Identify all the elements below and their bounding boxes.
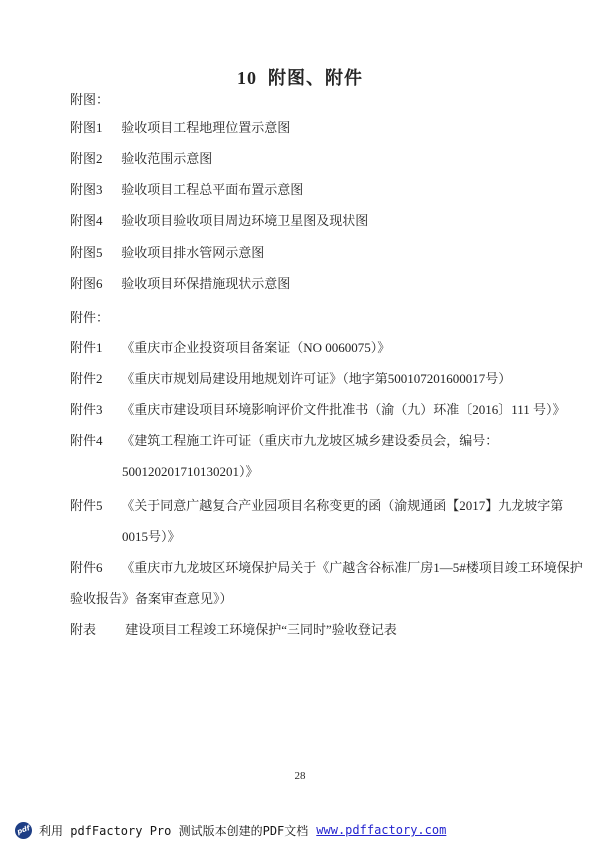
watermark-text: 利用 pdfFactory Pro 测试版本创建的PDF文档 (39, 822, 308, 839)
attachment-title-continuation: 500120201710130201）》 (122, 464, 259, 479)
figure-item: 附图1 验收项目工程地理位置示意图 (70, 120, 290, 136)
attachment-label: 附件3 (70, 402, 118, 418)
figure-label: 附图4 (70, 213, 118, 229)
attachment-title-continuation: 验收报告》备案审查意见》） (70, 591, 233, 606)
pdf-watermark-footer: pdf 利用 pdfFactory Pro 测试版本创建的PDF文档 www.p… (15, 820, 446, 840)
figure-label: 附图1 (70, 120, 118, 136)
figure-title: 验收项目工程总平面布置示意图 (121, 182, 303, 197)
section-title: 10 附图、附件 (0, 64, 600, 90)
attachment-item: 附件6 《重庆市九龙坡区环境保护局关于《广越含谷标准厂房1—5#楼项目竣工环境保… (70, 560, 583, 576)
figure-title: 验收项目环保措施现状示意图 (121, 276, 290, 291)
page-number: 28 (0, 770, 600, 782)
attachment-item: 附件5 《关于同意广越复合产业园项目名称变更的函（渝规通函【2017】九龙坡字第 (70, 498, 563, 514)
attachment-title: 《建筑工程施工许可证（重庆市九龙坡区城乡建设委员会，编号： (121, 433, 498, 448)
attachment-item-continuation: 验收报告》备案审查意见》） (70, 591, 233, 607)
attachment-item-continuation: 0015号）》 (122, 529, 181, 545)
attachment-title: 《重庆市规划局建设用地规划许可证》（地字第500107201600017号） (121, 371, 511, 386)
appendix-table-title: 建设项目工程竣工环境保护“三同时”验收登记表 (125, 622, 397, 637)
attachment-item: 附件4 《建筑工程施工许可证（重庆市九龙坡区城乡建设委员会，编号： (70, 433, 498, 449)
attachment-title: 《重庆市企业投资项目备案证（NO 0060075）》 (121, 340, 390, 355)
figure-title: 验收项目排水管网示意图 (121, 245, 264, 260)
figure-item: 附图5 验收项目排水管网示意图 (70, 245, 264, 261)
figure-title: 验收项目验收项目周边环境卫星图及现状图 (121, 213, 368, 228)
appendix-table-label: 附表 (70, 622, 118, 638)
pdffactory-link[interactable]: www.pdffactory.com (316, 823, 446, 837)
figure-label: 附图2 (70, 151, 118, 167)
figure-title: 验收项目工程地理位置示意图 (121, 120, 290, 135)
figure-title: 验收范围示意图 (121, 151, 212, 166)
figure-label: 附图3 (70, 182, 118, 198)
attachments-heading: 附件： (70, 310, 118, 326)
attachment-title: 《重庆市建设项目环境影响评价文件批准书（渝（九）环准〔2016〕111 号）》 (121, 402, 565, 417)
attachment-label: 附件5 (70, 498, 118, 514)
pdffactory-logo-icon: pdf (15, 822, 32, 839)
attachment-item-continuation: 500120201710130201）》 (122, 464, 259, 480)
attachment-title: 《重庆市九龙坡区环境保护局关于《广越含谷标准厂房1—5#楼项目竣工环境保护 (121, 560, 583, 575)
figure-item: 附图2 验收范围示意图 (70, 151, 212, 167)
attachment-label: 附件6 (70, 560, 118, 576)
figures-heading-label: 附图： (70, 92, 118, 108)
attachment-title-continuation: 0015号）》 (122, 529, 181, 544)
attachment-label: 附件1 (70, 340, 118, 356)
attachment-item: 附件3 《重庆市建设项目环境影响评价文件批准书（渝（九）环准〔2016〕111 … (70, 402, 566, 418)
figure-item: 附图3 验收项目工程总平面布置示意图 (70, 182, 303, 198)
attachment-item: 附件2 《重庆市规划局建设用地规划许可证》（地字第500107201600017… (70, 371, 511, 387)
document-page: 10 附图、附件 附图： 附图1 验收项目工程地理位置示意图 附图2 验收范围示… (0, 0, 600, 849)
attachment-item: 附件1 《重庆市企业投资项目备案证（NO 0060075）》 (70, 340, 390, 356)
figures-heading: 附图： (70, 92, 118, 108)
figure-item: 附图6 验收项目环保措施现状示意图 (70, 276, 290, 292)
figure-item: 附图4 验收项目验收项目周边环境卫星图及现状图 (70, 213, 368, 229)
attachment-label: 附件4 (70, 433, 118, 449)
figure-label: 附图5 (70, 245, 118, 261)
appendix-table-item: 附表 建设项目工程竣工环境保护“三同时”验收登记表 (70, 622, 397, 638)
attachment-label: 附件2 (70, 371, 118, 387)
attachment-title: 《关于同意广越复合产业园项目名称变更的函（渝规通函【2017】九龙坡字第 (121, 498, 563, 513)
attachments-heading-label: 附件： (70, 310, 118, 326)
figure-label: 附图6 (70, 276, 118, 292)
